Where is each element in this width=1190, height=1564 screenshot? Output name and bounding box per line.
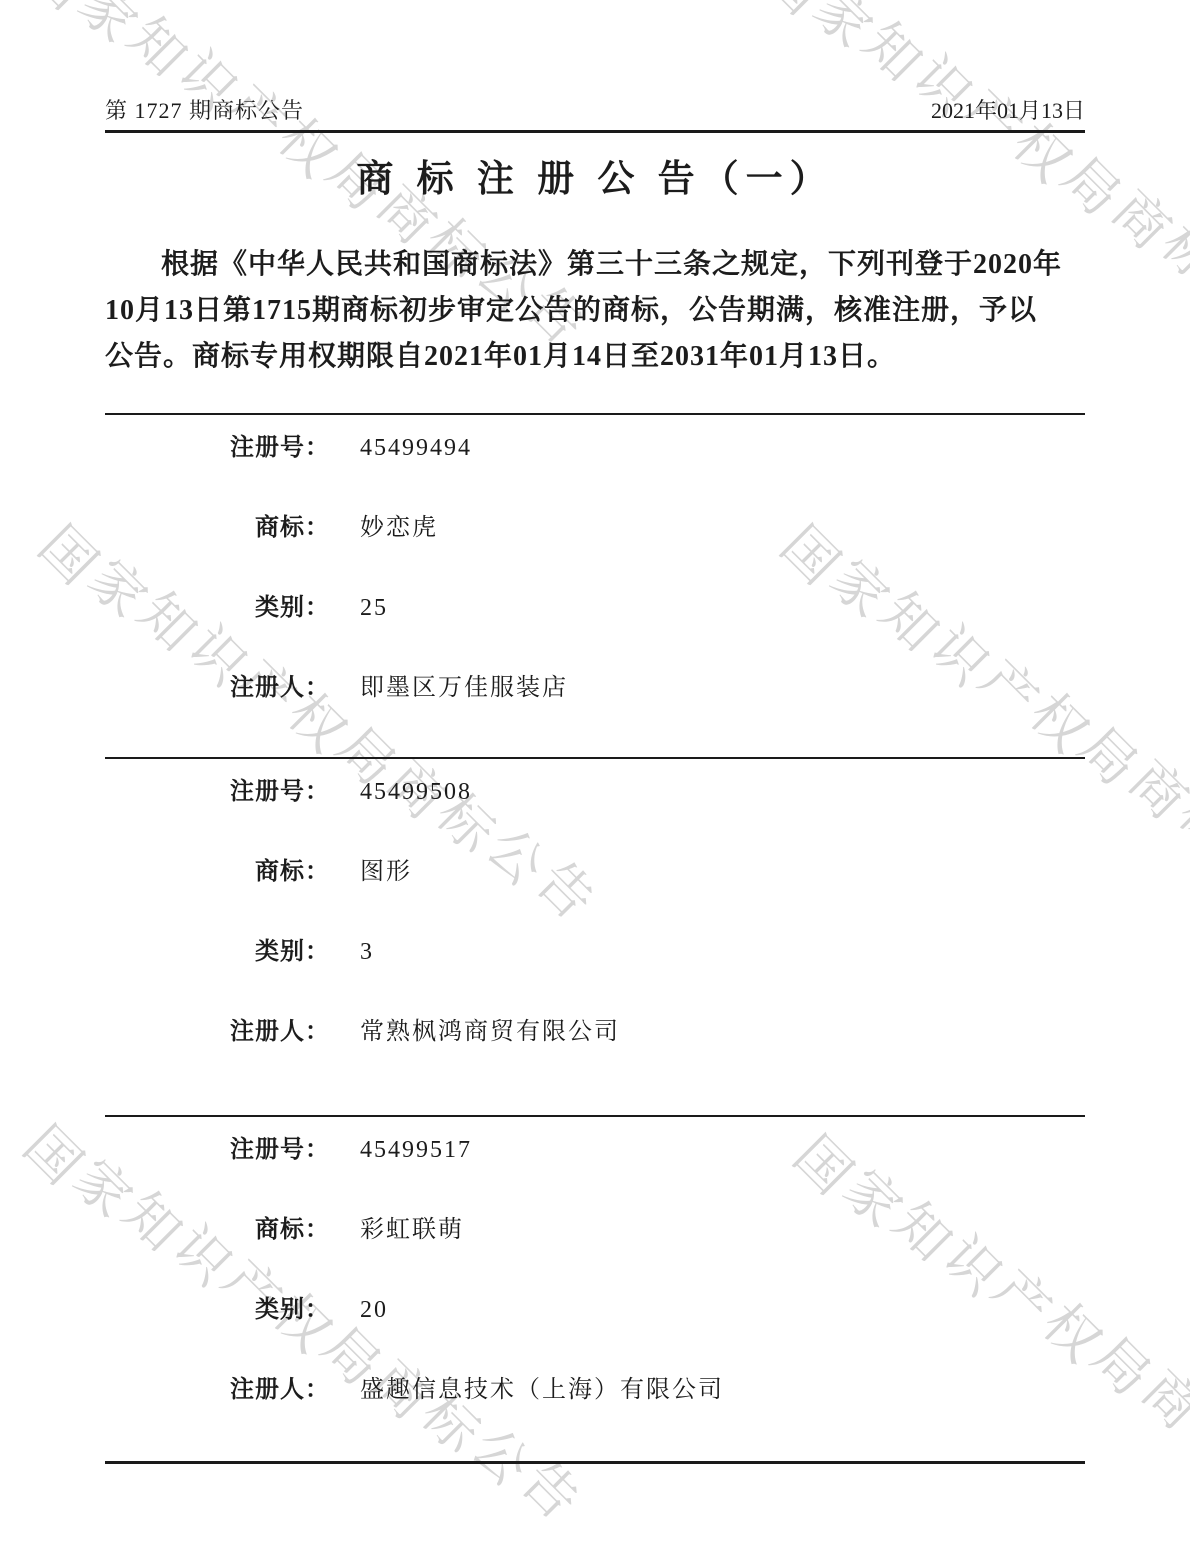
record-row-category: 类别： 25 bbox=[105, 595, 1085, 621]
field-label: 注册号： bbox=[105, 779, 330, 805]
header-issue-label: 第 1727 期商标公告 bbox=[105, 94, 304, 125]
registrant-value: 即墨区万佳服装店 bbox=[360, 675, 568, 701]
record-row-reg-number: 注册号： 45499517 bbox=[105, 1137, 1085, 1163]
reg-number-value: 45499517 bbox=[360, 1137, 472, 1163]
record-row-category: 类别： 3 bbox=[105, 939, 1085, 965]
trademark-record: 注册号： 45499508 商标： 图形 类别： 3 注册人： 常熟枫鸿商贸有限… bbox=[105, 757, 1085, 1045]
field-label: 类别： bbox=[105, 1297, 330, 1323]
record-separator-line bbox=[105, 1115, 1085, 1117]
category-value: 25 bbox=[360, 595, 388, 621]
intro-line: 10月13日第1715期商标初步审定公告的商标，公告期满，核准注册，予以 bbox=[105, 288, 1085, 334]
record-row-category: 类别： 20 bbox=[105, 1297, 1085, 1323]
field-label: 类别： bbox=[105, 939, 330, 965]
trademark-record: 注册号： 45499517 商标： 彩虹联萌 类别： 20 注册人： 盛趣信息技… bbox=[105, 1115, 1085, 1403]
category-value: 3 bbox=[360, 939, 374, 965]
bottom-rule bbox=[105, 1461, 1085, 1464]
registrant-value: 常熟枫鸿商贸有限公司 bbox=[360, 1019, 620, 1045]
reg-number-value: 45499508 bbox=[360, 779, 472, 805]
trademark-value: 图形 bbox=[360, 859, 412, 885]
field-label: 商标： bbox=[105, 515, 330, 541]
field-label: 商标： bbox=[105, 1217, 330, 1243]
gazette-page: 国家知识产权局商标公告 国家知识产权局商标公告 国家知识产权局商标公告 国家知识… bbox=[0, 0, 1190, 1564]
record-row-trademark: 商标： 图形 bbox=[105, 859, 1085, 885]
field-label: 类别： bbox=[105, 595, 330, 621]
page-content: 第 1727 期商标公告 2021年01月13日 商 标 注 册 公 告（一） … bbox=[0, 0, 1190, 1564]
record-separator-line bbox=[105, 757, 1085, 759]
record-row-trademark: 商标： 妙恋虎 bbox=[105, 515, 1085, 541]
field-label: 注册人： bbox=[105, 1377, 330, 1403]
record-row-reg-number: 注册号： 45499494 bbox=[105, 435, 1085, 461]
intro-paragraph: 根据《中华人民共和国商标法》第三十三条之规定，下列刊登于2020年 10月13日… bbox=[105, 242, 1085, 380]
page-title: 商 标 注 册 公 告（一） bbox=[0, 148, 1190, 202]
trademark-value: 妙恋虎 bbox=[360, 515, 438, 541]
field-label: 注册人： bbox=[105, 1019, 330, 1045]
record-row-reg-number: 注册号： 45499508 bbox=[105, 779, 1085, 805]
trademark-record: 注册号： 45499494 商标： 妙恋虎 类别： 25 注册人： 即墨区万佳服… bbox=[105, 413, 1085, 701]
record-row-registrant: 注册人： 即墨区万佳服装店 bbox=[105, 675, 1085, 701]
registrant-value: 盛趣信息技术（上海）有限公司 bbox=[360, 1377, 724, 1403]
header-date: 2021年01月13日 bbox=[931, 94, 1085, 125]
field-label: 注册人： bbox=[105, 675, 330, 701]
header-rule bbox=[105, 130, 1085, 133]
reg-number-value: 45499494 bbox=[360, 435, 472, 461]
intro-line: 根据《中华人民共和国商标法》第三十三条之规定，下列刊登于2020年 bbox=[105, 242, 1085, 288]
record-separator-line bbox=[105, 413, 1085, 415]
field-label: 商标： bbox=[105, 859, 330, 885]
record-row-registrant: 注册人： 常熟枫鸿商贸有限公司 bbox=[105, 1019, 1085, 1045]
field-label: 注册号： bbox=[105, 435, 330, 461]
intro-line: 公告。商标专用权期限自2021年01月14日至2031年01月13日。 bbox=[105, 334, 1085, 380]
trademark-value: 彩虹联萌 bbox=[360, 1217, 464, 1243]
record-row-trademark: 商标： 彩虹联萌 bbox=[105, 1217, 1085, 1243]
category-value: 20 bbox=[360, 1297, 388, 1323]
field-label: 注册号： bbox=[105, 1137, 330, 1163]
record-row-registrant: 注册人： 盛趣信息技术（上海）有限公司 bbox=[105, 1377, 1085, 1403]
